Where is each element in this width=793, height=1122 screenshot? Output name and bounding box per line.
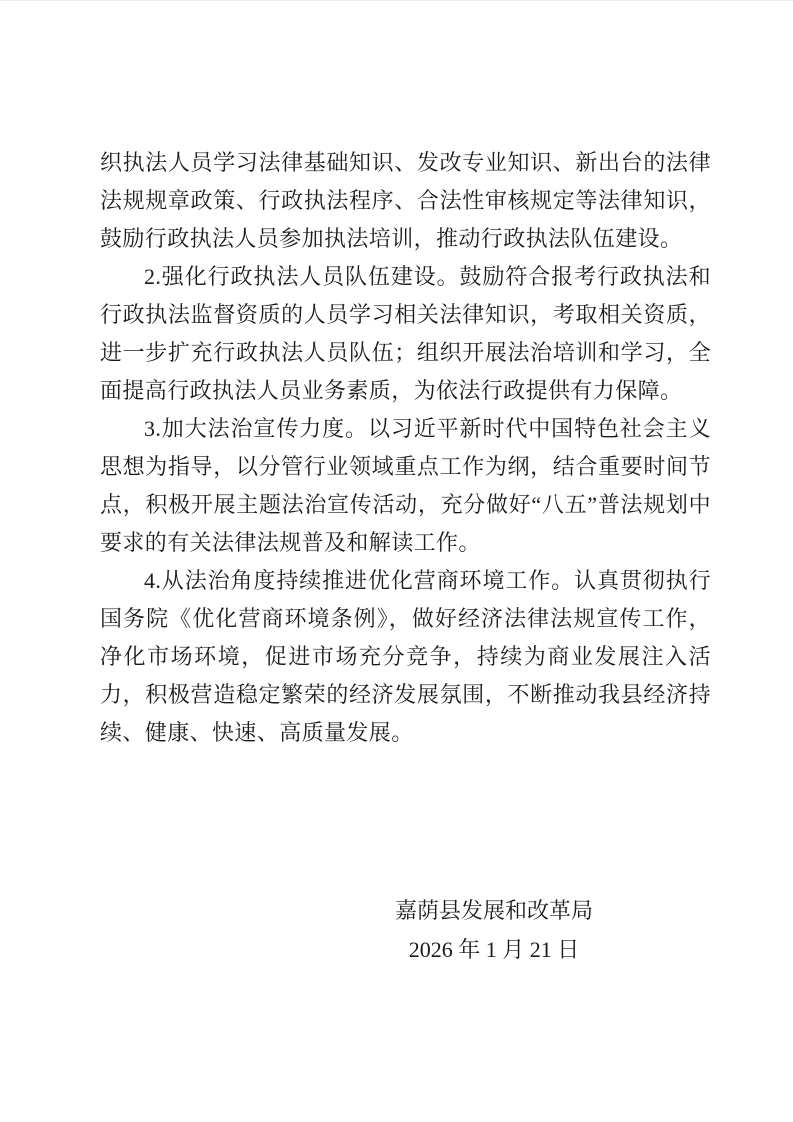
signature-org: 嘉荫县发展和改革局 — [354, 891, 634, 930]
paragraph: 织执法人员学习法律基础知识、发改专业知识、新出台的法律法规规章政策、行政执法程序… — [100, 144, 711, 258]
paragraph-text: 织执法人员学习法律基础知识、发改专业知识、新出台的法律法规规章政策、行政执法程序… — [100, 150, 711, 251]
paragraph: 3.加大法治宣传力度。以习近平新时代中国特色社会主义思想为指导，以分管行业领域重… — [100, 410, 711, 562]
paragraph: 4.从法治角度持续推进优化营商环境工作。认真贯彻执行国务院《优化营商环境条例》，… — [100, 562, 711, 752]
paragraph-text: 认真贯彻执行国务院《优化营商环境条例》，做好经济法律法规宣传工作，净化市场环境，… — [100, 568, 711, 745]
signature-block: 嘉荫县发展和改革局 2026 年 1 月 21 日 — [354, 891, 634, 969]
paragraph-lead: 4.从法治角度持续推进优化营商环境工作。 — [144, 568, 574, 593]
paragraph-lead: 2.强化行政执法人员队伍建设。 — [144, 264, 460, 289]
paragraph: 2.强化行政执法人员队伍建设。鼓励符合报考行政执法和行政执法监督资质的人员学习相… — [100, 258, 711, 410]
paragraph-lead: 3.加大法治宣传力度。 — [144, 416, 368, 441]
document-page: 织执法人员学习法律基础知识、发改专业知识、新出台的法律法规规章政策、行政执法程序… — [0, 0, 793, 1122]
signature-date: 2026 年 1 月 21 日 — [354, 930, 634, 969]
document-body: 织执法人员学习法律基础知识、发改专业知识、新出台的法律法规规章政策、行政执法程序… — [100, 144, 711, 752]
